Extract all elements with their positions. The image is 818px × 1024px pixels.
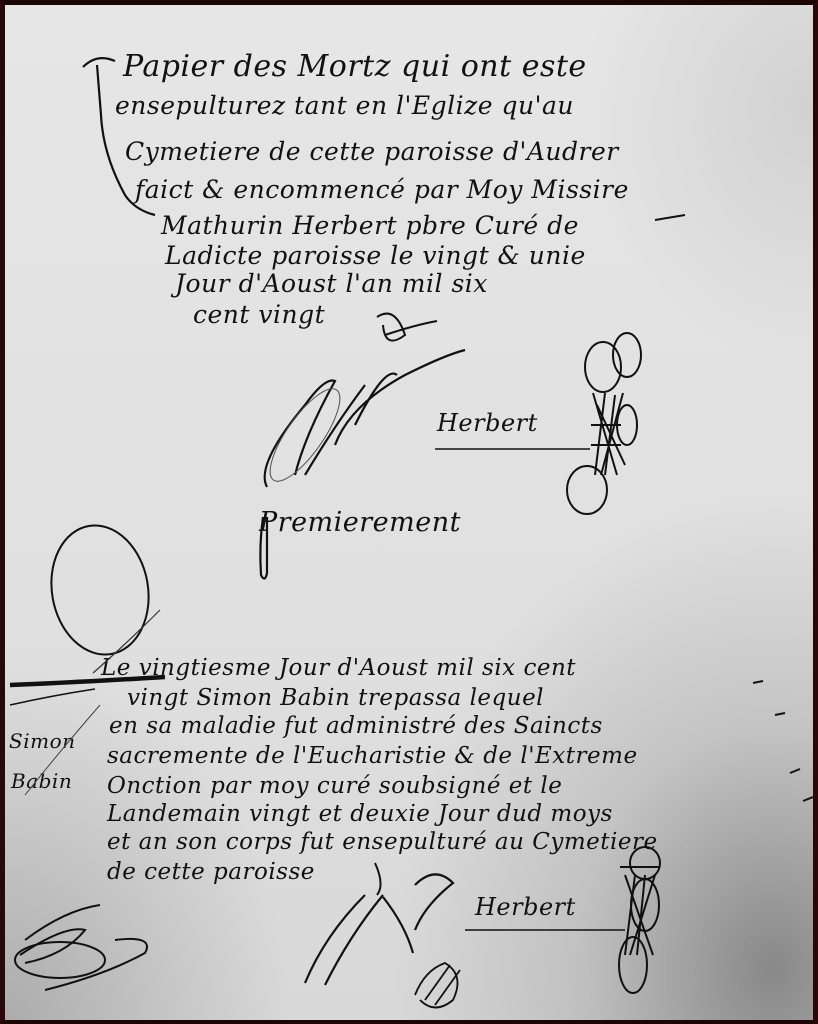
entry-line: en sa maladie fut administré des Saincts — [109, 713, 603, 739]
title-line: cent vingt — [193, 300, 325, 329]
title-line: Ladicte paroisse le vingt & unie — [165, 241, 586, 270]
signature-initials-1 — [265, 350, 465, 487]
entry-line: vingt Simon Babin trepassa lequel — [127, 685, 544, 711]
manuscript-page: Papier des Mortz qui ont este ensepultur… — [5, 5, 813, 1020]
section-heading: Premierement — [259, 507, 461, 538]
entry-line: Onction par moy curé soubsigné et le — [107, 773, 562, 799]
entry-line: Le vingtiesme Jour d'Aoust mil six cent — [101, 655, 576, 681]
entry-line: Landemain vingt et deuxie Jour dud moys — [107, 801, 613, 827]
signature-small-paraph — [415, 963, 460, 1008]
entry-line: de cette paroisse — [107, 859, 315, 885]
title-line: Mathurin Herbert pbre Curé de — [161, 211, 579, 240]
signature-paraph-2 — [619, 847, 660, 993]
title-line: Papier des Mortz qui ont este — [123, 49, 587, 84]
margin-flourish — [15, 905, 147, 990]
signature-name: Herbert — [475, 893, 576, 921]
title-line: Cymetiere de cette paroisse d'Audrer — [125, 137, 619, 166]
margin-note-line: Simon — [9, 729, 75, 753]
title-line: ensepulturez tant en l'Eglize qu'au — [115, 91, 574, 120]
document-frame: Papier des Mortz qui ont este ensepultur… — [0, 0, 818, 1024]
signature-initials-2 — [305, 874, 453, 985]
signature-name: Herbert — [437, 409, 538, 437]
title-line: Jour d'Aoust l'an mil six — [175, 269, 488, 298]
title-line: faict & encommencé par Moy Missire — [135, 175, 629, 204]
entry-line: sacremente de l'Eucharistie & de l'Extre… — [107, 743, 638, 769]
margin-note-line: Babin — [11, 769, 72, 793]
signature-paraph-1 — [567, 333, 641, 514]
entry-line: et an son corps fut ensepulturé au Cymet… — [107, 829, 658, 855]
